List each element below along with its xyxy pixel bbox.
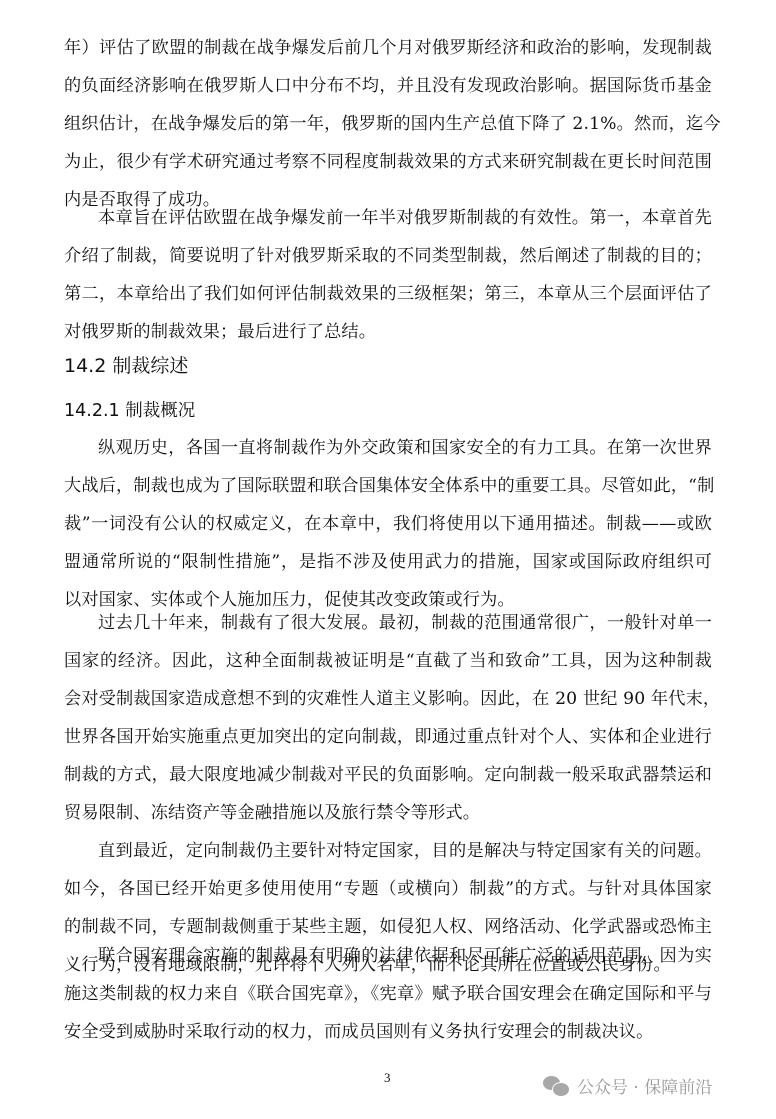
text-line: 的负面经济影响在俄罗斯人口中分布不均，并且没有发现政治影响。据国际货币基金 bbox=[64, 75, 712, 97]
text-line: 会对受制裁国家造成意想不到的灾难性人道主义影响。因此，在 20 世纪 90 年代… bbox=[64, 688, 712, 710]
text-line: 世界各国开始实施重点更加突出的定向制裁，即通过重点针对个人、实体和企业进行 bbox=[64, 726, 712, 748]
text-line: 贸易限制、冻结资产等金融措施以及旅行禁令等形式。 bbox=[64, 802, 712, 824]
text-line: 介绍了制裁，简要说明了针对俄罗斯采取的不同类型制裁，然后阐述了制裁的目的； bbox=[64, 245, 712, 267]
text-line: 以对国家、实体或个人施加压力，促使其改变政策或行为。 bbox=[64, 589, 712, 611]
text-line: 直到最近，定向制裁仍主要针对特定国家，目的是解决与特定国家有关的问题。 bbox=[98, 840, 712, 862]
text-line: 过去几十年来，制裁有了很大发展。最初，制裁的范围通常很广，一般针对单一 bbox=[98, 612, 712, 634]
text-line: 大战后，制裁也成为了国际联盟和联合国集体安全体系中的重要工具。尽管如此，“制 bbox=[64, 475, 712, 497]
section-heading: 14.2 制裁综述 bbox=[64, 351, 188, 378]
text-line: 国家的经济。因此，这种全面制裁被证明是“直截了当和致命”工具，因为这种制裁 bbox=[64, 650, 712, 672]
text-line: 盟通常所说的“限制性措施”，是指不涉及使用武力的措施，国家或国际政府组织可 bbox=[64, 551, 712, 573]
text-line: 年）评估了欧盟的制裁在战争爆发后前几个月对俄罗斯经济和政治的影响，发现制裁 bbox=[64, 37, 712, 59]
watermark-text: 公众号 · 保障前沿 bbox=[577, 1073, 712, 1098]
wechat-icon bbox=[543, 1076, 571, 1096]
text-line: 本章旨在评估欧盟在战争爆发前一年半对俄罗斯制裁的有效性。第一，本章首先 bbox=[98, 207, 712, 229]
text-line: 纵观历史，各国一直将制裁作为外交政策和国家安全的有力工具。在第一次世界 bbox=[98, 437, 712, 459]
text-line: 为止，很少有学术研究通过考察不同程度制裁效果的方式来研究制裁在更长时间范围 bbox=[64, 151, 712, 173]
text-line: 安全受到威胁时采取行动的权力，而成员国则有义务执行安理会的制裁决议。 bbox=[64, 1021, 712, 1043]
text-line: 第二，本章给出了我们如何评估制裁效果的三级框架；第三，本章从三个层面评估了 bbox=[64, 283, 712, 305]
text-line: 施这类制裁的权力来自《联合国宪章》，《宪章》赋予联合国安理会在确定国际和平与 bbox=[64, 983, 712, 1005]
text-line: 组织估计，在战争爆发后的第一年，俄罗斯的国内生产总值下降了 2.1%。然而，迄今 bbox=[64, 113, 712, 135]
text-line: 制裁的方式，最大限度地减少制裁对平民的负面影响。定向制裁一般采取武器禁运和 bbox=[64, 764, 712, 786]
text-line: 对俄罗斯的制裁效果；最后进行了总结。 bbox=[64, 321, 712, 343]
text-line: 联合国安理会实施的制裁具有明确的法律依据和尽可能广泛的适用范围，因为实 bbox=[98, 945, 712, 967]
watermark: 公众号 · 保障前沿 bbox=[543, 1073, 712, 1098]
text-line: 如今，各国已经开始更多使用使用“专题（或横向）制裁”的方式。与针对具体国家 bbox=[64, 878, 712, 900]
subsection-heading: 14.2.1 制裁概况 bbox=[64, 397, 195, 422]
page-number: 3 bbox=[384, 1070, 391, 1086]
text-line: 裁”一词没有公认的权威定义，在本章中，我们将使用以下通用描述。制裁——或欧 bbox=[64, 513, 712, 535]
text-line: 的制裁不同，专题制裁侧重于某些主题，如侵犯人权、网络活动、化学武器或恐怖主 bbox=[64, 916, 712, 938]
